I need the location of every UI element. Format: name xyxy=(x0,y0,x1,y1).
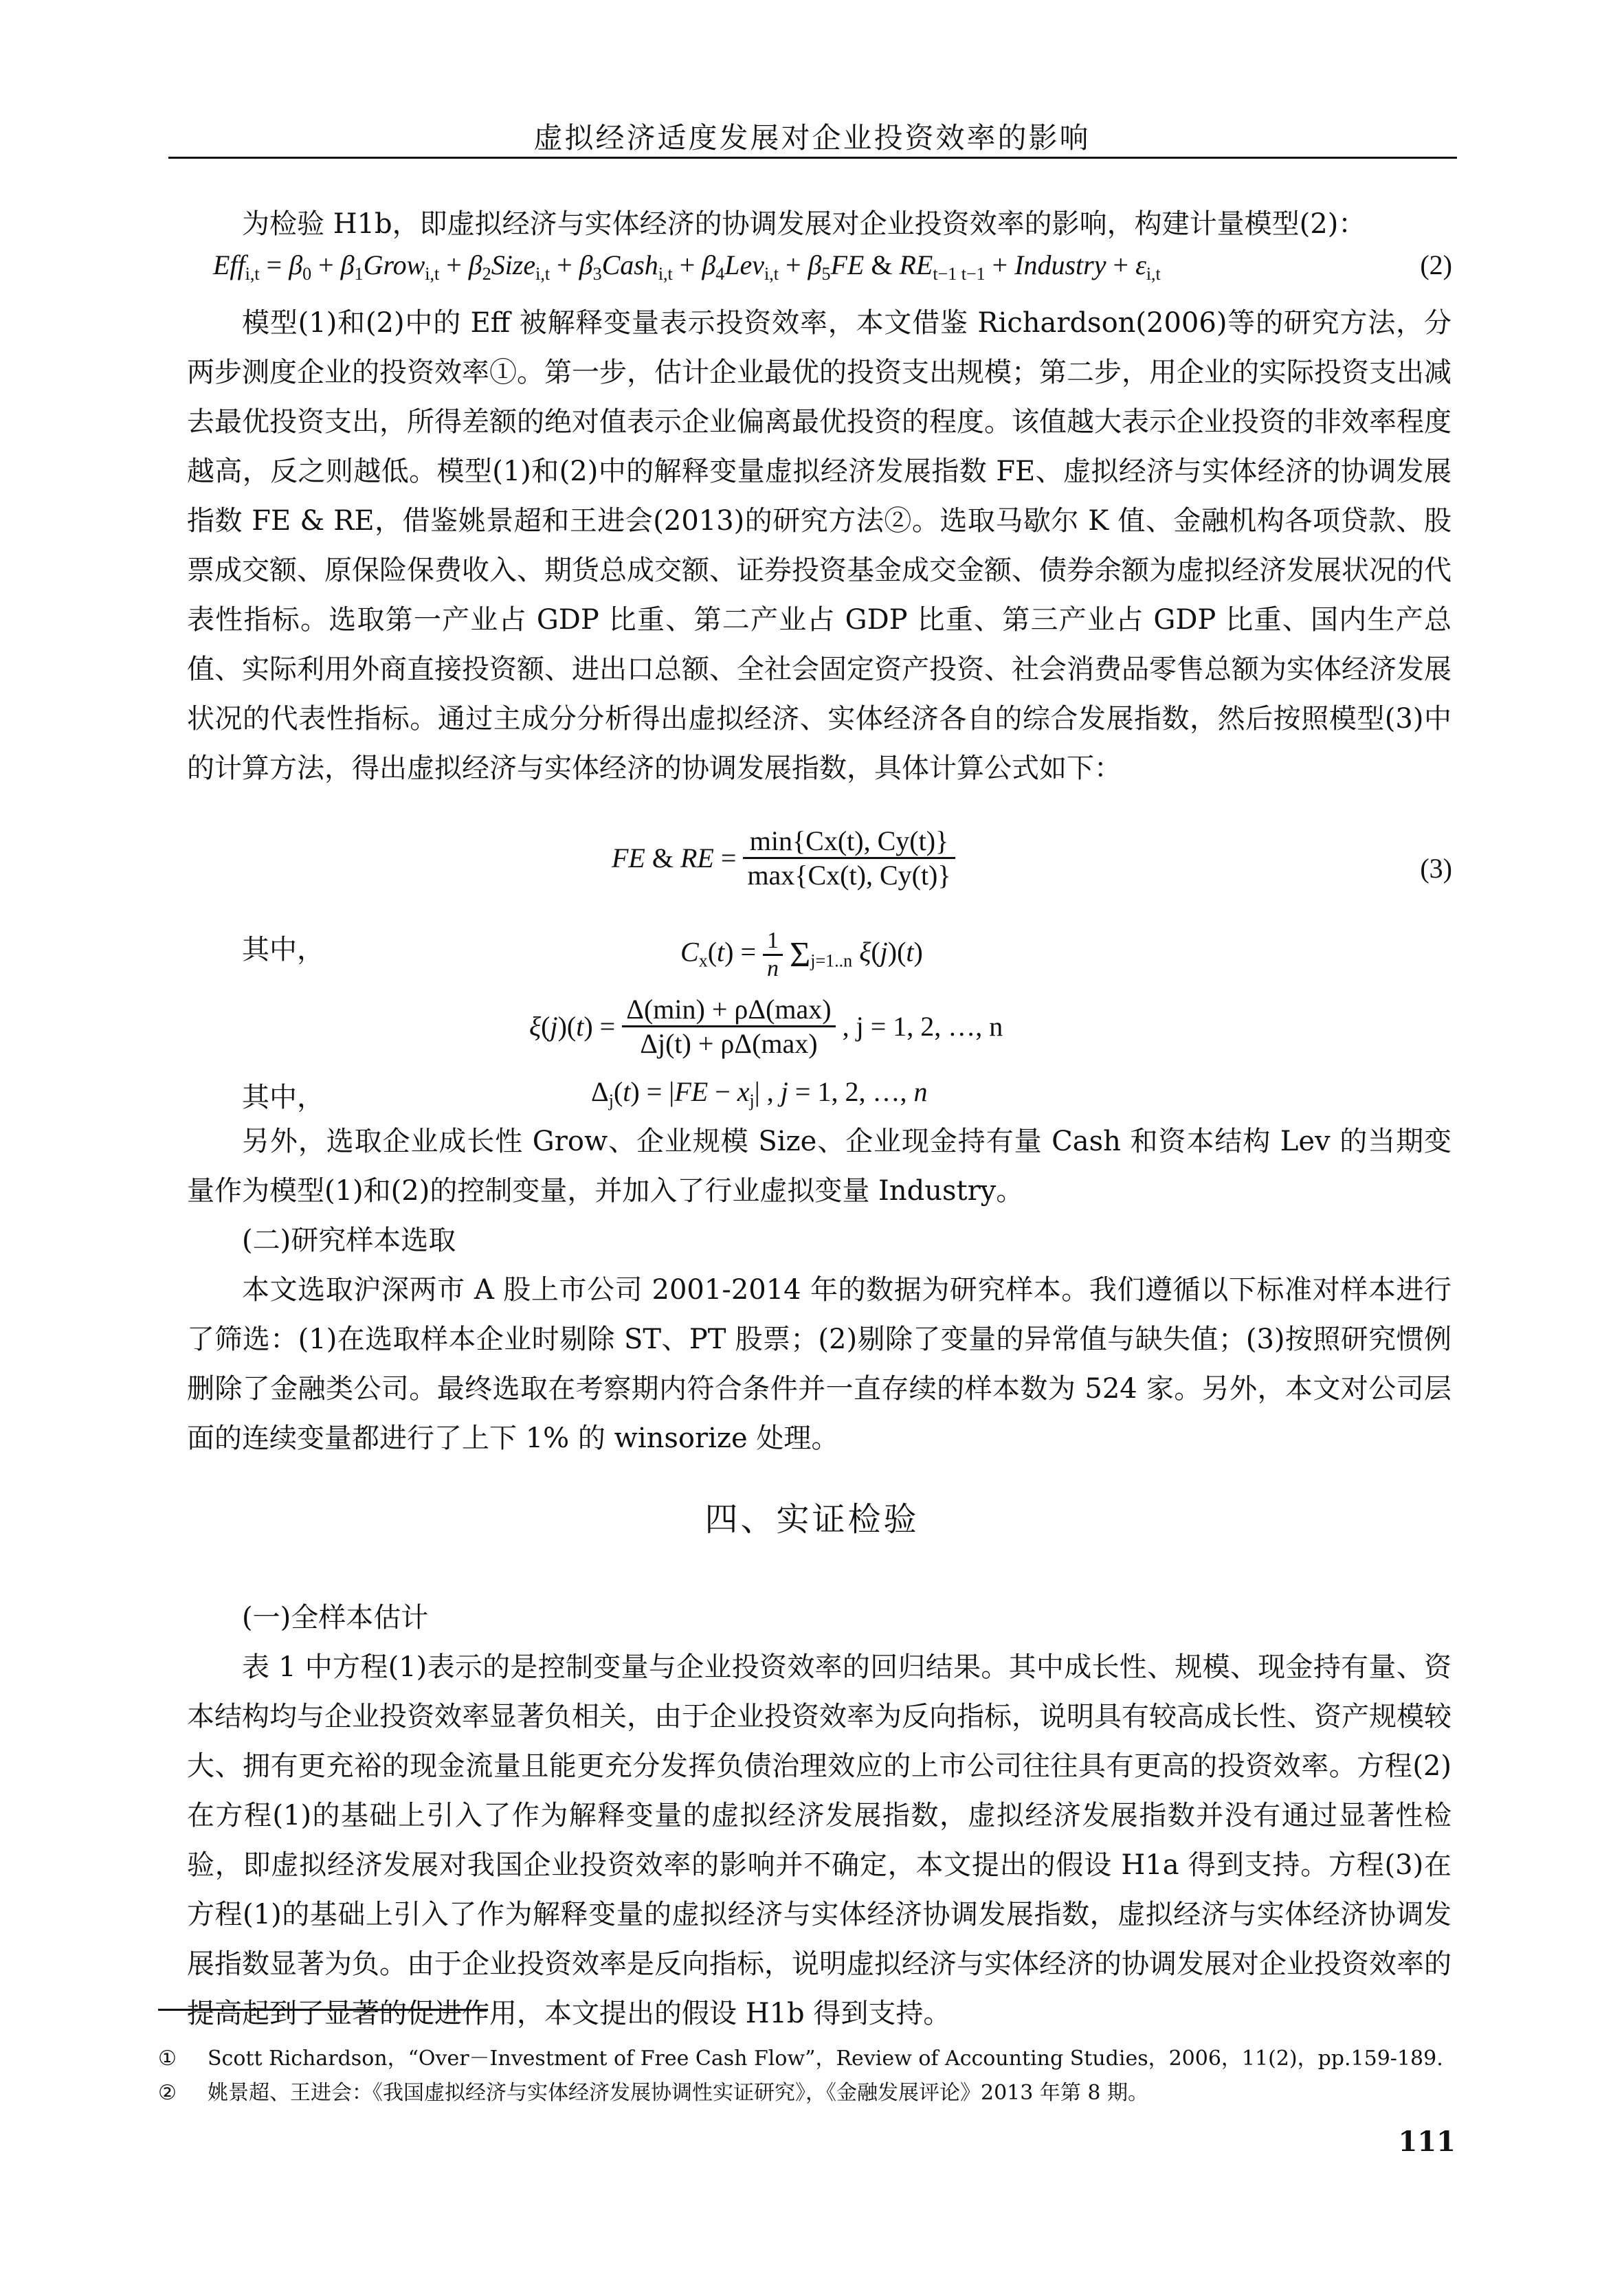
equation-3: FE & RE = min{Cx(t), Cy(t)}max{Cx(t), Cy… xyxy=(612,825,955,891)
footnote-2-mark: ② xyxy=(158,2081,208,2105)
equation-delta: Δj(t) = |FE − xj| , j = 1, 2, …, n xyxy=(591,1075,927,1111)
footnote-1-text: Scott Richardson，“Over－Investment of Fre… xyxy=(208,2047,1443,2071)
footnote-rule xyxy=(158,2009,488,2011)
header-rule xyxy=(168,157,1457,159)
section-4-title: 四、实证检验 xyxy=(0,1493,1624,1540)
equation-2-number: (2) xyxy=(1420,249,1452,281)
equation-xi-numerator: Δ(min) + ρΔ(max) xyxy=(622,993,835,1027)
equation-2: Effi,t = β0 + β1Growi,t + β2Sizei,t + β3… xyxy=(213,249,1161,285)
controls-paragraph: 另外，选取企业成长性 Grow、企业规模 Size、企业现金持有量 Cash 和… xyxy=(187,1117,1451,1216)
footnote-1: ①Scott Richardson，“Over－Investment of Fr… xyxy=(158,2041,1443,2071)
running-head: 虚拟经济适度发展对企业投资效率的影响 xyxy=(0,115,1624,157)
intro-line: 为检验 H1b，即虚拟经济与实体经济的协调发展对企业投资效率的影响，构建计量模型… xyxy=(187,199,1451,249)
equation-xi-denominator: Δj(t) + ρΔ(max) xyxy=(622,1027,835,1060)
equation-xi-tail: , j = 1, 2, …, n xyxy=(843,1011,1003,1042)
method-paragraph: 模型(1)和(2)中的 Eff 被解释变量表示投资效率，本文借鉴 Richard… xyxy=(187,298,1451,793)
results-paragraph: 表 1 中方程(1)表示的是控制变量与企业投资效率的回归结果。其中成长性、规模、… xyxy=(187,1642,1451,2038)
equation-3-denominator: max{Cx(t), Cy(t)} xyxy=(743,859,955,891)
subsection-2-title: (二)研究样本选取 xyxy=(187,1216,1451,1265)
footnote-2-text: 姚景超、王进会：《我国虚拟经济与实体经济发展协调性实证研究》，《金融发展评论》2… xyxy=(208,2081,1148,2105)
where-label-2: 其中， xyxy=(242,1075,324,1115)
equation-xi: ξ(j)(t) = Δ(min) + ρΔ(max)Δj(t) + ρΔ(max… xyxy=(529,993,1003,1060)
equation-cx: Cx(t) = 1n Σj=1..n ξ(j)(t) xyxy=(680,928,923,982)
subsection-1-title: (一)全样本估计 xyxy=(187,1593,1451,1642)
footnote-2: ②姚景超、王进会：《我国虚拟经济与实体经济发展协调性实证研究》，《金融发展评论》… xyxy=(158,2075,1148,2106)
paper-page: 虚拟经济适度发展对企业投资效率的影响 为检验 H1b，即虚拟经济与实体经济的协调… xyxy=(0,0,1624,2274)
sample-paragraph: 本文选取沪深两市 A 股上市公司 2001-2014 年的数据为研究样本。我们遵… xyxy=(187,1265,1451,1463)
where-label-1: 其中， xyxy=(242,928,324,967)
equation-3-number: (3) xyxy=(1420,852,1452,884)
equation-3-numerator: min{Cx(t), Cy(t)} xyxy=(743,825,955,859)
page-number: 111 xyxy=(1399,2126,1456,2158)
footnote-1-mark: ① xyxy=(158,2047,208,2071)
